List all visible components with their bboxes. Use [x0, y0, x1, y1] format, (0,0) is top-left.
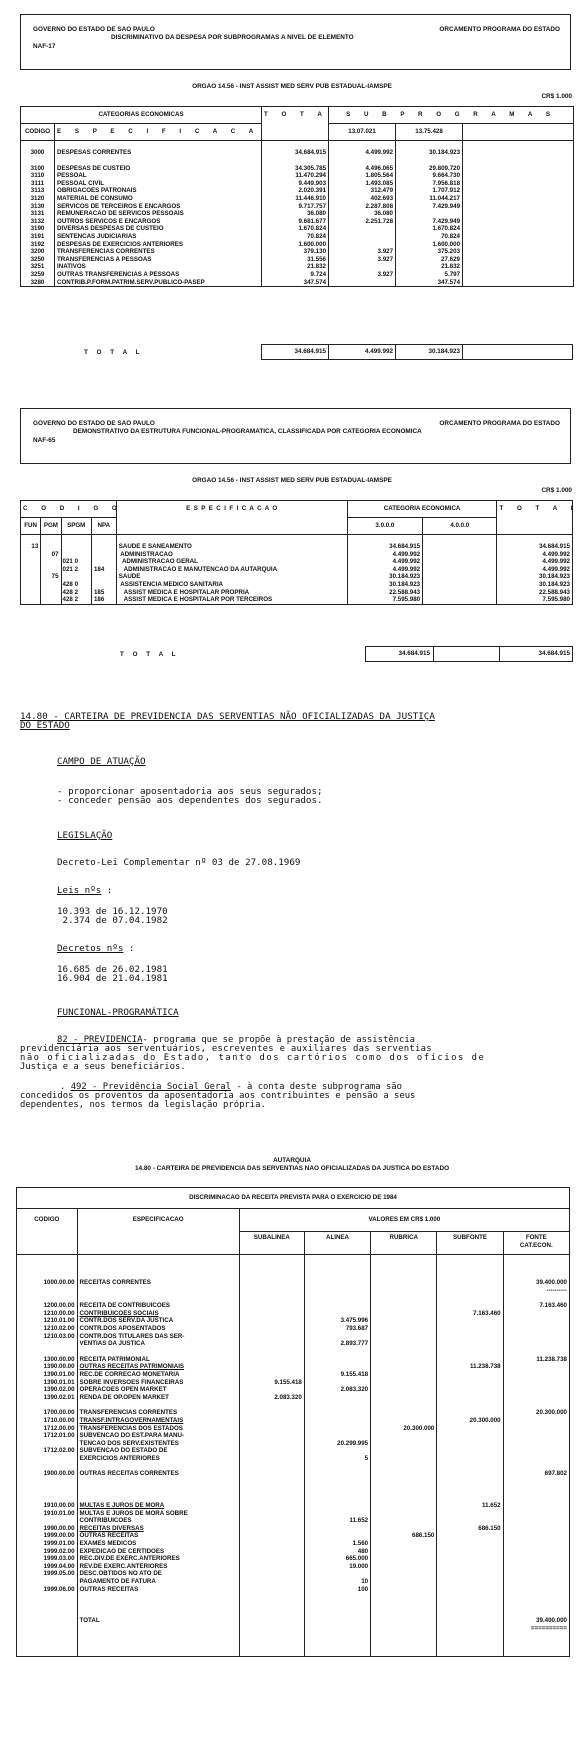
- receita-especificacao: CONTR.DOS TITULARES DAS SER-: [77, 1333, 239, 1341]
- receita-especificacao: OUTRAS RECEITAS: [77, 1532, 239, 1540]
- spacer-cell: [503, 1601, 569, 1609]
- naf65-especificacao: ASSISTENCIA MEDICO SANITARIA: [116, 581, 347, 589]
- naf17-col-blank: [463, 124, 574, 141]
- naf65-especificacao: ADMINISTRACAO: [116, 551, 347, 559]
- naf17-especificacao: DESPESAS CORRENTES: [55, 149, 262, 157]
- naf17-codigo: 3191: [21, 233, 55, 241]
- receita-rubrica: [371, 1517, 437, 1525]
- naf17-sub1: 1.493.085: [329, 180, 396, 188]
- receita-especificacao: VENTIAS DA JUSTICA: [77, 1340, 239, 1348]
- spacer-cell: [304, 1478, 370, 1486]
- naf65-row: 75SAUDE30.184.92330.184.923: [21, 573, 573, 581]
- receita-fonte: 20.300.000: [503, 1409, 569, 1417]
- naf17-blank: [463, 271, 574, 279]
- receita-especificacao: SUBVENCAO DO EST.PARA MANU-: [77, 1432, 239, 1440]
- naf17-codigo: 3259: [21, 271, 55, 279]
- receita-col-valores: VALORES EM CR$ 1.000: [239, 1209, 569, 1232]
- receita-codigo: 1910.00.00: [17, 1502, 78, 1510]
- receita-alinea: [304, 1432, 370, 1440]
- receita-rubrica: [371, 1510, 437, 1518]
- naf65-cat2: [423, 573, 497, 581]
- receita-subalinea: [239, 1302, 304, 1310]
- naf17-blank: [463, 187, 574, 195]
- receita-alinea: [304, 1532, 370, 1540]
- spacer-cell: [371, 1263, 437, 1271]
- spacer-cell: [304, 1617, 370, 1625]
- receita-subalinea: [239, 1279, 304, 1287]
- naf17-blank: [463, 203, 574, 211]
- naf17-codigo: 3131: [21, 210, 55, 218]
- receita-subalinea: 9.155.418: [239, 1379, 304, 1387]
- spacer-cell: [371, 1255, 437, 1264]
- receita-especificacao: CONTR.DOS SERV.DA JUSTICA: [77, 1317, 239, 1325]
- spacer-cell: [503, 1263, 569, 1271]
- spacer-cell: [304, 1271, 370, 1279]
- spacer-cell: [437, 1609, 503, 1617]
- naf17-row: 3250TRANSFERENCIAS A PESSOAS31.5563.9272…: [21, 256, 574, 264]
- naf17-sub1: 1.805.564: [329, 172, 396, 180]
- naf17-total: 2.020.391: [262, 187, 329, 195]
- receita-codigo: 1200.00.00: [17, 1302, 78, 1310]
- naf17-sub1: 3.927: [329, 271, 396, 279]
- receita-row: CONTRIBUICOES11.652: [17, 1517, 570, 1525]
- receita-subfonte: [437, 1532, 503, 1540]
- naf17-blank: [463, 172, 574, 180]
- receita-codigo: 1712.02.00: [17, 1447, 78, 1455]
- receita-subalinea: [239, 1555, 304, 1563]
- naf17-row: 3000DESPESAS CORRENTES34.684.9154.499.99…: [21, 149, 574, 157]
- spacer-cell: [41, 535, 61, 544]
- naf17-sub2: 1.707.912: [396, 187, 463, 195]
- receita-alinea: [304, 1333, 370, 1341]
- receita-especificacao: PAGAMENTO DE FATURA: [77, 1578, 239, 1586]
- naf17-total: 11.470.294: [262, 172, 329, 180]
- naf17-codigo: 3120: [21, 195, 55, 203]
- receita-subfonte: 11.652: [437, 1502, 503, 1510]
- receita-table-title: DISCRIMINACAO DA RECEITA PREVISTA PARA O…: [17, 1188, 570, 1209]
- spacer-cell: [371, 1294, 437, 1302]
- receita-alinea: [304, 1363, 370, 1371]
- naf17-especificacao: OUTROS SERVICOS E ENCARGOS: [55, 218, 262, 226]
- naf65-cat2: [423, 596, 497, 604]
- naf17-total: 1.600.000: [262, 241, 329, 249]
- receita-rubrica: [371, 1310, 437, 1318]
- spacer-cell: [304, 1494, 370, 1502]
- naf17-sub1: [329, 279, 396, 287]
- spacer-cell: [371, 1494, 437, 1502]
- naf17-total: 34.305.785: [262, 165, 329, 173]
- spacer-cell: [17, 1486, 78, 1494]
- receita-rubrica: [371, 1417, 437, 1425]
- spacer-cell: [463, 157, 574, 165]
- receita-row: 1300.00.00RECEITA PATRIMONIAL11.238.738: [17, 1356, 570, 1364]
- receita-rubrica: 686.150: [371, 1532, 437, 1540]
- receita-alinea: 665.000: [304, 1555, 370, 1563]
- naf65-spgm: [61, 551, 91, 559]
- spacer-cell: [304, 1640, 370, 1648]
- receita-especificacao: SOBRE INVERSOES FINANCEIRAS: [77, 1379, 239, 1387]
- naf65-subtitle: DEMONSTRATIVO DA ESTRUTURA FUNCIONAL-PRO…: [73, 428, 422, 437]
- receita-subfonte: 686.150: [437, 1525, 503, 1533]
- naf17-total: 9.724: [262, 271, 329, 279]
- receita-subalinea: [239, 1586, 304, 1594]
- receita-fonte: [503, 1425, 569, 1433]
- receita-subfonte: [437, 1409, 503, 1417]
- naf65-pgm: [41, 581, 61, 589]
- spacer-cell: [371, 1593, 437, 1601]
- naf65-col-especificacao: E S P E C I F I C A C A O: [116, 501, 347, 535]
- naf65-col-categoria: CATEGORIA ECONOMICA: [347, 501, 497, 518]
- spacer-cell: [77, 1271, 239, 1279]
- receita-total-rule: ==========: [503, 1625, 569, 1633]
- receita-subfonte: [437, 1317, 503, 1325]
- receita-table: DISCRIMINACAO DA RECEITA PREVISTA PARA O…: [16, 1187, 570, 1657]
- naf17-especificacao: CONTRIB.P.FORM.PATRIM.SERV.PUBLICO-PASEP: [55, 279, 262, 287]
- spacer-cell: [437, 1348, 503, 1356]
- spacer-cell: [17, 1625, 78, 1633]
- receita-fonte: 11.238.738: [503, 1356, 569, 1364]
- receita-fonte: [503, 1317, 569, 1325]
- naf17-sub2: 70.824: [396, 233, 463, 241]
- naf65-npa: 185: [91, 589, 116, 597]
- receita-especificacao: RECEITAS DIVERSAS: [77, 1525, 239, 1533]
- receita-alinea: [304, 1310, 370, 1318]
- spacer-cell: [17, 1287, 78, 1295]
- spacer-cell: [437, 1462, 503, 1470]
- spacer-cell: [61, 535, 91, 544]
- spacer-cell: [437, 1478, 503, 1486]
- naf17-codigo: 3100: [21, 165, 55, 173]
- naf65-spgm: [61, 573, 91, 581]
- receita-especificacao: RENDA DE OP.OPEN MARKET: [77, 1394, 239, 1402]
- naf65-npa: [91, 543, 116, 551]
- naf65-especificacao: ASSIST MEDICA E HOSPITALAR PROPRIA: [116, 589, 347, 597]
- receita-row: 1910.01.00MULTAS E JUROS DE MORA SOBRE: [17, 1510, 570, 1518]
- receita-rubrica: [371, 1540, 437, 1548]
- receita-codigo: 1999.04.00: [17, 1563, 78, 1571]
- naf17-blank: [463, 263, 574, 271]
- naf65-cat1: 7.595.980: [347, 596, 422, 604]
- naf17-sub2: 11.044.217: [396, 195, 463, 203]
- receita-subfonte: [437, 1333, 503, 1341]
- receita-subalinea: [239, 1371, 304, 1379]
- receita-subfonte: [437, 1570, 503, 1578]
- naf65-especificacao: ASSIST MEDICA E HOSPITALAR POR TERCEIROS: [116, 596, 347, 604]
- receita-subalinea: [239, 1455, 304, 1463]
- spacer-cell: [503, 1401, 569, 1409]
- receita-rubrica: 20.300.000: [371, 1425, 437, 1433]
- receita-row: 1390.01.01SOBRE INVERSOES FINANCEIRAS9.1…: [17, 1379, 570, 1387]
- receita-alinea: 1.560: [304, 1540, 370, 1548]
- receita-rubrica: [371, 1470, 437, 1478]
- receita-alinea: 11.652: [304, 1517, 370, 1525]
- receita-alinea: 100: [304, 1586, 370, 1594]
- receita-col-fonte: FONTECAT.ECON.: [503, 1232, 569, 1255]
- naf65-spgm: 021 0: [61, 558, 91, 566]
- spacer-cell: [396, 141, 463, 150]
- spacer-cell: [371, 1478, 437, 1486]
- naf17-sub2: 9.664.730: [396, 172, 463, 180]
- receita-rubrica: [371, 1386, 437, 1394]
- receita-especificacao: REC.DE CORRECAO MONETARIA: [77, 1371, 239, 1379]
- leis-title: Leis nºs: [57, 885, 101, 896]
- naf65-fun: [21, 581, 41, 589]
- receita-alinea: [304, 1470, 370, 1478]
- spacer-cell: [17, 1593, 78, 1601]
- receita-subfonte: [437, 1302, 503, 1310]
- spacer-cell: [437, 1632, 503, 1640]
- receita-alinea: [304, 1417, 370, 1425]
- naf65-col-spgm: SPGM: [61, 518, 91, 535]
- receita-row: 1712.01.00SUBVENCAO DO EST.PARA MANU-: [17, 1432, 570, 1440]
- receita-codigo: 1300.00.00: [17, 1356, 78, 1364]
- naf17-sub2: 375.203: [396, 248, 463, 256]
- naf17-total: 1.670.824: [262, 225, 329, 233]
- receita-codigo: 1999.01.00: [17, 1540, 78, 1548]
- spacer-cell: [239, 1478, 304, 1486]
- naf17-especificacao: DESPESAS DE EXERCICIOS ANTERIORES: [55, 241, 262, 249]
- spacer-cell: [503, 1609, 569, 1617]
- naf17-especificacao: PESSOAL: [55, 172, 262, 180]
- spacer-cell: [304, 1593, 370, 1601]
- spacer-cell: [497, 535, 573, 544]
- naf65-total: 34.684.915: [497, 543, 573, 551]
- receita-subfonte: [437, 1455, 503, 1463]
- receita-col-codigo: CODIGO: [17, 1209, 78, 1255]
- naf17-codigo: 3190: [21, 225, 55, 233]
- naf65-total: 4.499.992: [497, 566, 573, 574]
- section-title-line2: DO ESTADO: [20, 721, 70, 731]
- spacer-cell: [77, 1648, 239, 1657]
- receita-fonte: [503, 1394, 569, 1402]
- receita-row: EXERCICIOS ANTERIORES5: [17, 1455, 570, 1463]
- naf17-sub2: 27.629: [396, 256, 463, 264]
- receita-especificacao: CONTRIBUICOES: [77, 1517, 239, 1525]
- naf65-table: C O D I G O E S P E C I F I C A C A O CA…: [20, 500, 573, 605]
- receita-rubrica: [371, 1317, 437, 1325]
- receita-alinea: [304, 1394, 370, 1402]
- naf65-header-box: GOVERNO DO ESTADO DE SAO PAULO ORCAMENTO…: [20, 408, 571, 464]
- spacer-cell: [77, 1287, 239, 1295]
- naf17-sub2: 21.832: [396, 263, 463, 271]
- naf65-row: 428 2185 ASSIST MEDICA E HOSPITALAR PROP…: [21, 589, 573, 597]
- naf65-especificacao: SAUDE E SANEAMENTO: [116, 543, 347, 551]
- spacer-cell: [262, 157, 329, 165]
- spacer-cell: [239, 1263, 304, 1271]
- naf17-row: 3200TRANSFERENCIAS CORRENTES379.1303.927…: [21, 248, 574, 256]
- naf17-blank: [463, 241, 574, 249]
- spacer-cell: [77, 1263, 239, 1271]
- naf65-total: 30.184.923: [497, 573, 573, 581]
- spacer-cell: [503, 1478, 569, 1486]
- receita-codigo: 1210.00.00: [17, 1310, 78, 1318]
- receita-row: 1999.04.00REV.DE EXERC.ANTERIORES19.000: [17, 1563, 570, 1571]
- receita-fonte: 697.802: [503, 1470, 569, 1478]
- receita-row: 1700.00.00TRANSFERENCIAS CORRENTES20.300…: [17, 1409, 570, 1417]
- naf17-total: 36.080: [262, 210, 329, 218]
- naf65-total: 4.499.992: [497, 551, 573, 559]
- naf17-col-especificacao: E S P E C I F I C A C A O: [55, 124, 262, 141]
- receita-subfonte: [437, 1425, 503, 1433]
- spacer-cell: [239, 1648, 304, 1657]
- spacer-cell: [371, 1287, 437, 1295]
- naf65-cat1: 4.499.992: [347, 566, 422, 574]
- receita-subfonte: [437, 1379, 503, 1387]
- spacer-cell: [239, 1401, 304, 1409]
- naf17-blank: [463, 149, 574, 157]
- receita-row: 1210.00.00CONTRIBUICOES SOCIAIS7.163.460: [17, 1310, 570, 1318]
- spacer-cell: [503, 1593, 569, 1601]
- spacer-cell: [371, 1648, 437, 1657]
- naf17-subtitle: DISCRIMINATIVO DA DESPESA POR SUBPROGRAM…: [111, 34, 354, 43]
- receita-fonte: [503, 1371, 569, 1379]
- naf65-cat2: [423, 589, 497, 597]
- receita-subalinea: [239, 1417, 304, 1425]
- spacer-cell: [304, 1648, 370, 1657]
- naf17-especificacao: OUTRAS TRANSFERENCIAS A PESSOAS: [55, 271, 262, 279]
- naf65-cat1: 30.184.923: [347, 581, 422, 589]
- receita-especificacao: EXAMES MEDICOS: [77, 1540, 239, 1548]
- receita-row: 1712.02.00SUBVENCAO DO ESTADO DE: [17, 1447, 570, 1455]
- naf17-especificacao: OBRIGACOES PATRONAIS: [55, 187, 262, 195]
- naf17-sub2: 29.809.720: [396, 165, 463, 173]
- naf17-row: 3120MATERIAL DE CONSUMO11.446.910402.693…: [21, 195, 574, 203]
- naf65-pgm: [41, 596, 61, 604]
- spacer-cell: [17, 1271, 78, 1279]
- naf17-total-value: 34.684.915: [294, 348, 326, 355]
- receita-rubrica: [371, 1325, 437, 1333]
- naf65-cat2: [423, 581, 497, 589]
- spacer-cell: [77, 1294, 239, 1302]
- receita-fonte: [503, 1525, 569, 1533]
- naf65-total: 4.499.992: [497, 558, 573, 566]
- receita-alinea: 19.000: [304, 1563, 370, 1571]
- spacer-cell: [21, 157, 55, 165]
- naf65-cat2: [423, 566, 497, 574]
- receita-alinea: [304, 1409, 370, 1417]
- spacer-cell: [503, 1348, 569, 1356]
- naf65-fun: [21, 589, 41, 597]
- spacer-cell: [17, 1609, 78, 1617]
- receita-especificacao: OUTRAS RECEITAS CORRENTES: [77, 1470, 239, 1478]
- legislacao-title: LEGISLAÇÃO: [57, 831, 112, 841]
- naf65-total-c1: 34.684.915: [398, 650, 430, 657]
- receita-fonte: [503, 1555, 569, 1563]
- receita-fonte: [503, 1563, 569, 1571]
- spacer-cell: [77, 1632, 239, 1640]
- spacer-cell: [239, 1601, 304, 1609]
- naf65-row: 428 0 ASSISTENCIA MEDICO SANITARIA30.184…: [21, 581, 573, 589]
- receita-codigo: [17, 1440, 78, 1448]
- receita-especificacao: EXPEDICAO DE CERTIDOES: [77, 1548, 239, 1556]
- naf65-npa: [91, 581, 116, 589]
- spacer-cell: [371, 1632, 437, 1640]
- naf17-row: 3100DESPESAS DE CUSTEIO34.305.7854.496.0…: [21, 165, 574, 173]
- spacer-cell: [239, 1593, 304, 1601]
- receita-total-row: TOTAL39.400.000: [17, 1617, 570, 1625]
- naf65-pgm: 07: [41, 551, 61, 559]
- naf17-especificacao: MATERIAL DE CONSUMO: [55, 195, 262, 203]
- spacer-cell: [304, 1486, 370, 1494]
- receita-total-label: TOTAL: [77, 1617, 239, 1625]
- naf65-fun: [21, 558, 41, 566]
- naf65-total: 7.595.980: [497, 596, 573, 604]
- receita-codigo: 1712.01.00: [17, 1432, 78, 1440]
- receita-fonte: [503, 1510, 569, 1518]
- funcional-title: FUNCIONAL-PROGRAMÁTICA: [57, 1008, 179, 1018]
- receita-alinea: [304, 1302, 370, 1310]
- receita-row: 1200.00.00RECEITA DE CONTRIBUICOES7.163.…: [17, 1302, 570, 1310]
- naf65-col-npa: NPA: [91, 518, 116, 535]
- naf17-blank: [463, 256, 574, 264]
- naf17-blank: [463, 225, 574, 233]
- naf17-sub2: 7.429.949: [396, 218, 463, 226]
- spacer-cell: [77, 1625, 239, 1633]
- lei-2: 2.374 de 07.04.1982: [57, 916, 168, 926]
- naf17-total: 347.574: [262, 279, 329, 287]
- naf17-especificacao: PESSOAL CIVIL: [55, 180, 262, 188]
- naf17-sub1: 3.927: [329, 256, 396, 264]
- spacer-cell: [77, 1462, 239, 1470]
- receita-alinea: 3.475.996: [304, 1317, 370, 1325]
- naf65-col-cat1: 3.0.0.0: [347, 518, 422, 535]
- naf65-cat1: 34.684.915: [347, 543, 422, 551]
- naf65-fun: 13: [21, 543, 41, 551]
- receita-subalinea: [239, 1409, 304, 1417]
- naf17-codigo: 3000: [21, 149, 55, 157]
- spacer-cell: [304, 1609, 370, 1617]
- naf65-cat1: 4.499.992: [347, 558, 422, 566]
- naf65-npa: 184: [91, 566, 116, 574]
- naf17-sub1: [329, 225, 396, 233]
- spacer-cell: [77, 1494, 239, 1502]
- naf65-spgm: 021 2: [61, 566, 91, 574]
- receita-fonte: [503, 1570, 569, 1578]
- receita-codigo: 1390.02.00: [17, 1386, 78, 1394]
- spacer-cell: [437, 1601, 503, 1609]
- receita-rubrica: [371, 1555, 437, 1563]
- spacer-cell: [503, 1640, 569, 1648]
- receita-subalinea: [239, 1363, 304, 1371]
- spacer-cell: [239, 1632, 304, 1640]
- naf65-pgm: 75: [41, 573, 61, 581]
- naf17-total-s1: 4.499.992: [365, 348, 393, 355]
- receita-codigo: 1000.00.00: [17, 1279, 78, 1287]
- naf65-npa: [91, 551, 116, 559]
- receita-row: 1000.00.00RECEITAS CORRENTES39.400.000: [17, 1279, 570, 1287]
- spacer-cell: [304, 1294, 370, 1302]
- spacer-cell: [437, 1294, 503, 1302]
- receita-especificacao: MULTAS E JUROS DE MORA: [77, 1502, 239, 1510]
- naf17-especificacao: INATIVOS: [55, 263, 262, 271]
- receita-subalinea: [239, 1470, 304, 1478]
- receita-fonte: [503, 1548, 569, 1556]
- spacer-cell: [17, 1462, 78, 1470]
- receita-rubrica: [371, 1333, 437, 1341]
- spacer-cell: [239, 1271, 304, 1279]
- receita-alinea: 9.155.418: [304, 1371, 370, 1379]
- naf17-total: 9.717.757: [262, 203, 329, 211]
- receita-subfonte: 20.300.000: [437, 1417, 503, 1425]
- naf17-total: 379.130: [262, 248, 329, 256]
- naf65-col-cat2: 4.0.0.0: [423, 518, 497, 535]
- receita-subalinea: [239, 1563, 304, 1571]
- naf17-total: 31.556: [262, 256, 329, 264]
- naf17-sub1: [329, 263, 396, 271]
- spacer-cell: [17, 1640, 78, 1648]
- receita-fonte: [503, 1417, 569, 1425]
- naf17-sub2: 30.184.923: [396, 149, 463, 157]
